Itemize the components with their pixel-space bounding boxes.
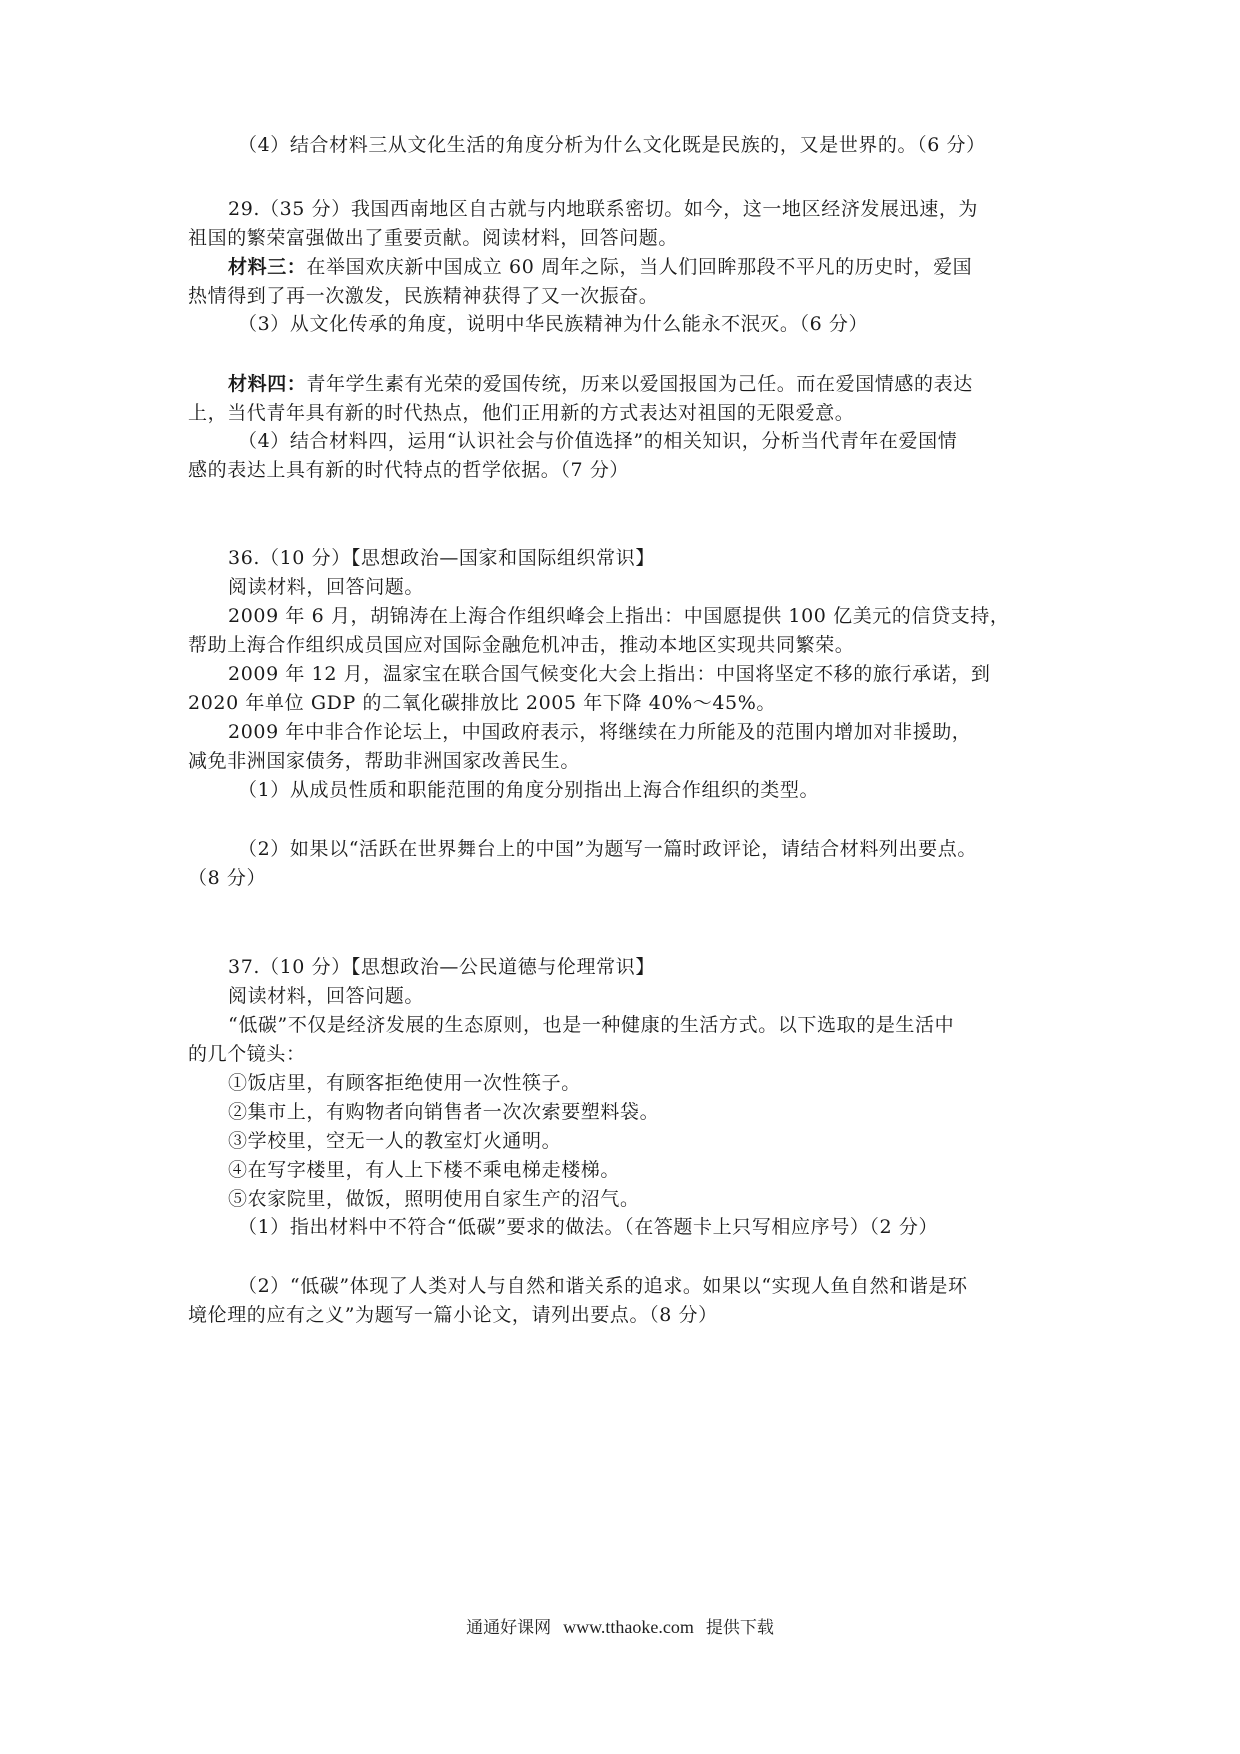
question-37-para-1-line-2: 的几个镜头：: [188, 1042, 306, 1066]
scene-item-3: ③学校里，空无一人的教室灯火通明。: [228, 1129, 561, 1153]
material-4-label: 材料四：: [228, 373, 306, 395]
question-37-para-1-line-1: “低碳”不仅是经济发展的生态原则，也是一种健康的生活方式。以下选取的是生活中: [228, 1013, 954, 1037]
question-37-2-line-1: （2）“低碳”体现了人类对人与自然和谐关系的追求。如果以“实现人鱼自然和谐是环: [238, 1274, 968, 1298]
material-4-line-1: 材料四：青年学生素有光荣的爱国传统，历来以爱国报国为己任。而在爱国情感的表达: [228, 372, 973, 396]
material-3-label: 材料三：: [228, 256, 306, 278]
question-28-4: （4）结合材料三从文化生活的角度分析为什么文化既是民族的，又是世界的。（6 分）: [238, 133, 986, 157]
question-36-para-3-line-2: 减免非洲国家债务，帮助非洲国家改善民生。: [188, 749, 580, 773]
question-36-1: （1）从成员性质和职能范围的角度分别指出上海合作组织的类型。: [238, 778, 819, 802]
question-29-4-line-2: 感的表达上具有新的时代特点的哲学依据。（7 分）: [188, 458, 629, 482]
question-36-para-2-line-1: 2009 年 12 月，温家宝在联合国气候变化大会上指出：中国将坚定不移的旅行承…: [228, 662, 990, 686]
footer-url[interactable]: www.tthaoke.com: [563, 1617, 694, 1637]
material-3-line-1: 材料三：在举国欢庆新中国成立 60 周年之际，当人们回眸那段不平凡的历史时，爱国: [228, 255, 972, 279]
material-4-text: 青年学生素有光荣的爱国传统，历来以爱国报国为己任。而在爱国情感的表达: [306, 373, 972, 395]
scene-item-4: ④在写字楼里，有人上下楼不乘电梯走楼梯。: [228, 1158, 620, 1182]
question-29-3: （3）从文化传承的角度，说明中华民族精神为什么能永不泯灭。（6 分）: [238, 312, 868, 336]
question-36-para-1-line-1: 2009 年 6 月，胡锦涛在上海合作组织峰会上指出：中国愿提供 100 亿美元…: [228, 604, 1010, 628]
question-37-instruction: 阅读材料，回答问题。: [228, 984, 424, 1008]
page-footer: 通通好课网www.tthaoke.com提供下载: [0, 1616, 1240, 1639]
material-4-line-2: 上，当代青年具有新的时代热点，他们正用新的方式表达对祖国的无限爱意。: [188, 401, 854, 425]
question-36-2-line-1: （2）如果以“活跃在世界舞台上的中国”为题写一篇时政评论，请结合材料列出要点。: [238, 837, 977, 861]
question-29-intro-line-2: 祖国的繁荣富强做出了重要贡献。阅读材料，回答问题。: [188, 226, 678, 250]
scene-item-2: ②集市上，有购物者向销售者一次次索要塑料袋。: [228, 1100, 659, 1124]
question-36-2-line-2: （8 分）: [188, 866, 266, 890]
footer-site-name: 通通好课网: [466, 1618, 551, 1638]
question-36-para-1-line-2: 帮助上海合作组织成员国应对国际金融危机冲击，推动本地区实现共同繁荣。: [188, 633, 854, 657]
scene-item-5: ⑤农家院里，做饭，照明使用自家生产的沼气。: [228, 1187, 640, 1211]
question-36-instruction: 阅读材料，回答问题。: [228, 575, 424, 599]
question-37-1: （1）指出材料中不符合“低碳”要求的做法。（在答题卡上只写相应序号）（2 分）: [238, 1215, 938, 1239]
question-37-title: 37.（10 分）【思想政治—公民道德与伦理常识】: [228, 955, 655, 979]
material-3-line-2: 热情得到了再一次激发，民族精神获得了又一次振奋。: [188, 284, 658, 308]
question-36-para-2-line-2: 2020 年单位 GDP 的二氧化碳排放比 2005 年下降 40%～45%。: [188, 691, 776, 715]
material-3-text: 在举国欢庆新中国成立 60 周年之际，当人们回眸那段不平凡的历史时，爱国: [306, 256, 972, 278]
question-36-title: 36.（10 分）【思想政治—国家和国际组织常识】: [228, 546, 655, 570]
scene-item-1: ①饭店里，有顾客拒绝使用一次性筷子。: [228, 1071, 581, 1095]
footer-suffix: 提供下载: [706, 1618, 774, 1638]
question-37-2-line-2: 境伦理的应有之义”为题写一篇小论文，请列出要点。（8 分）: [188, 1303, 718, 1327]
question-36-para-3-line-1: 2009 年中非合作论坛上，中国政府表示，将继续在力所能及的范围内增加对非援助，: [228, 720, 971, 744]
question-29-intro-line-1: 29.（35 分）我国西南地区自古就与内地联系密切。如今，这一地区经济发展迅速，…: [228, 197, 978, 221]
question-29-4-line-1: （4）结合材料四，运用“认识社会与价值选择”的相关知识，分析当代青年在爱国情: [238, 429, 957, 453]
